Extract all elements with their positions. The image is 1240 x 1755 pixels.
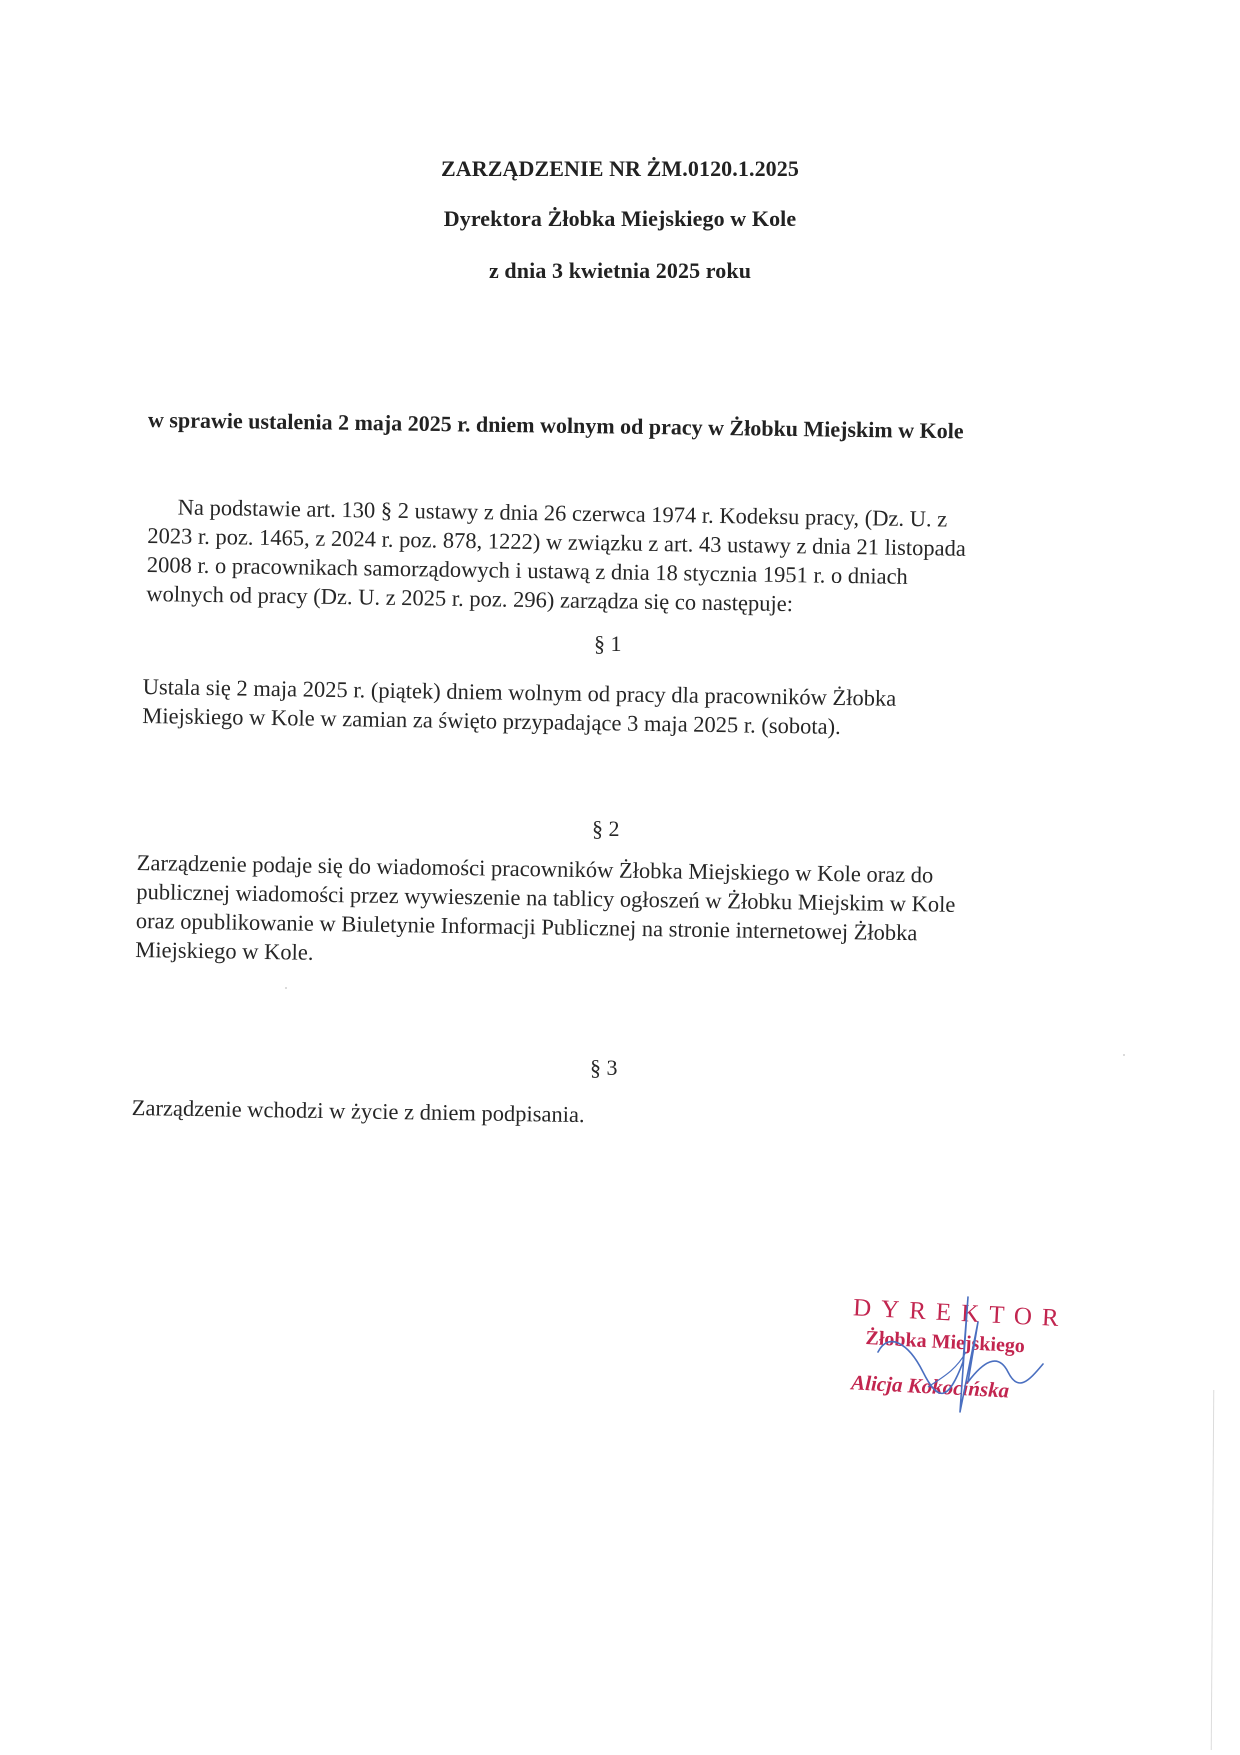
ordinance-issuer: Dyrektora Żłobka Miejskiego w Kole [0,206,1240,232]
section-1-text: Ustala się 2 maja 2025 r. (piątek) dniem… [142,672,896,742]
ordinance-title: ZARZĄDZENIE NR ŻM.0120.1.2025 [0,156,1240,182]
scan-artifact-line [1211,1390,1215,1750]
section-1-symbol: § 1 [594,631,622,657]
section-line: Zarządzenie wchodzi w życie z dniem podp… [132,1093,585,1129]
section-2-symbol: § 2 [592,816,620,842]
section-2-text: Zarządzenie podaje się do wiadomości pra… [135,848,956,977]
handwritten-signature-icon [868,1292,1048,1432]
section-3-symbol: § 3 [590,1055,618,1081]
ordinance-date: z dnia 3 kwietnia 2025 roku [0,258,1240,284]
section-3-text: Zarządzenie wchodzi w życie z dniem podp… [132,1093,585,1129]
ordinance-subject: w sprawie ustalenia 2 maja 2025 r. dniem… [148,407,964,444]
scan-speck [285,987,287,989]
legal-basis-paragraph: Na podstawie art. 130 § 2 ustawy z dnia … [146,492,966,621]
scan-speck [1123,1054,1125,1056]
